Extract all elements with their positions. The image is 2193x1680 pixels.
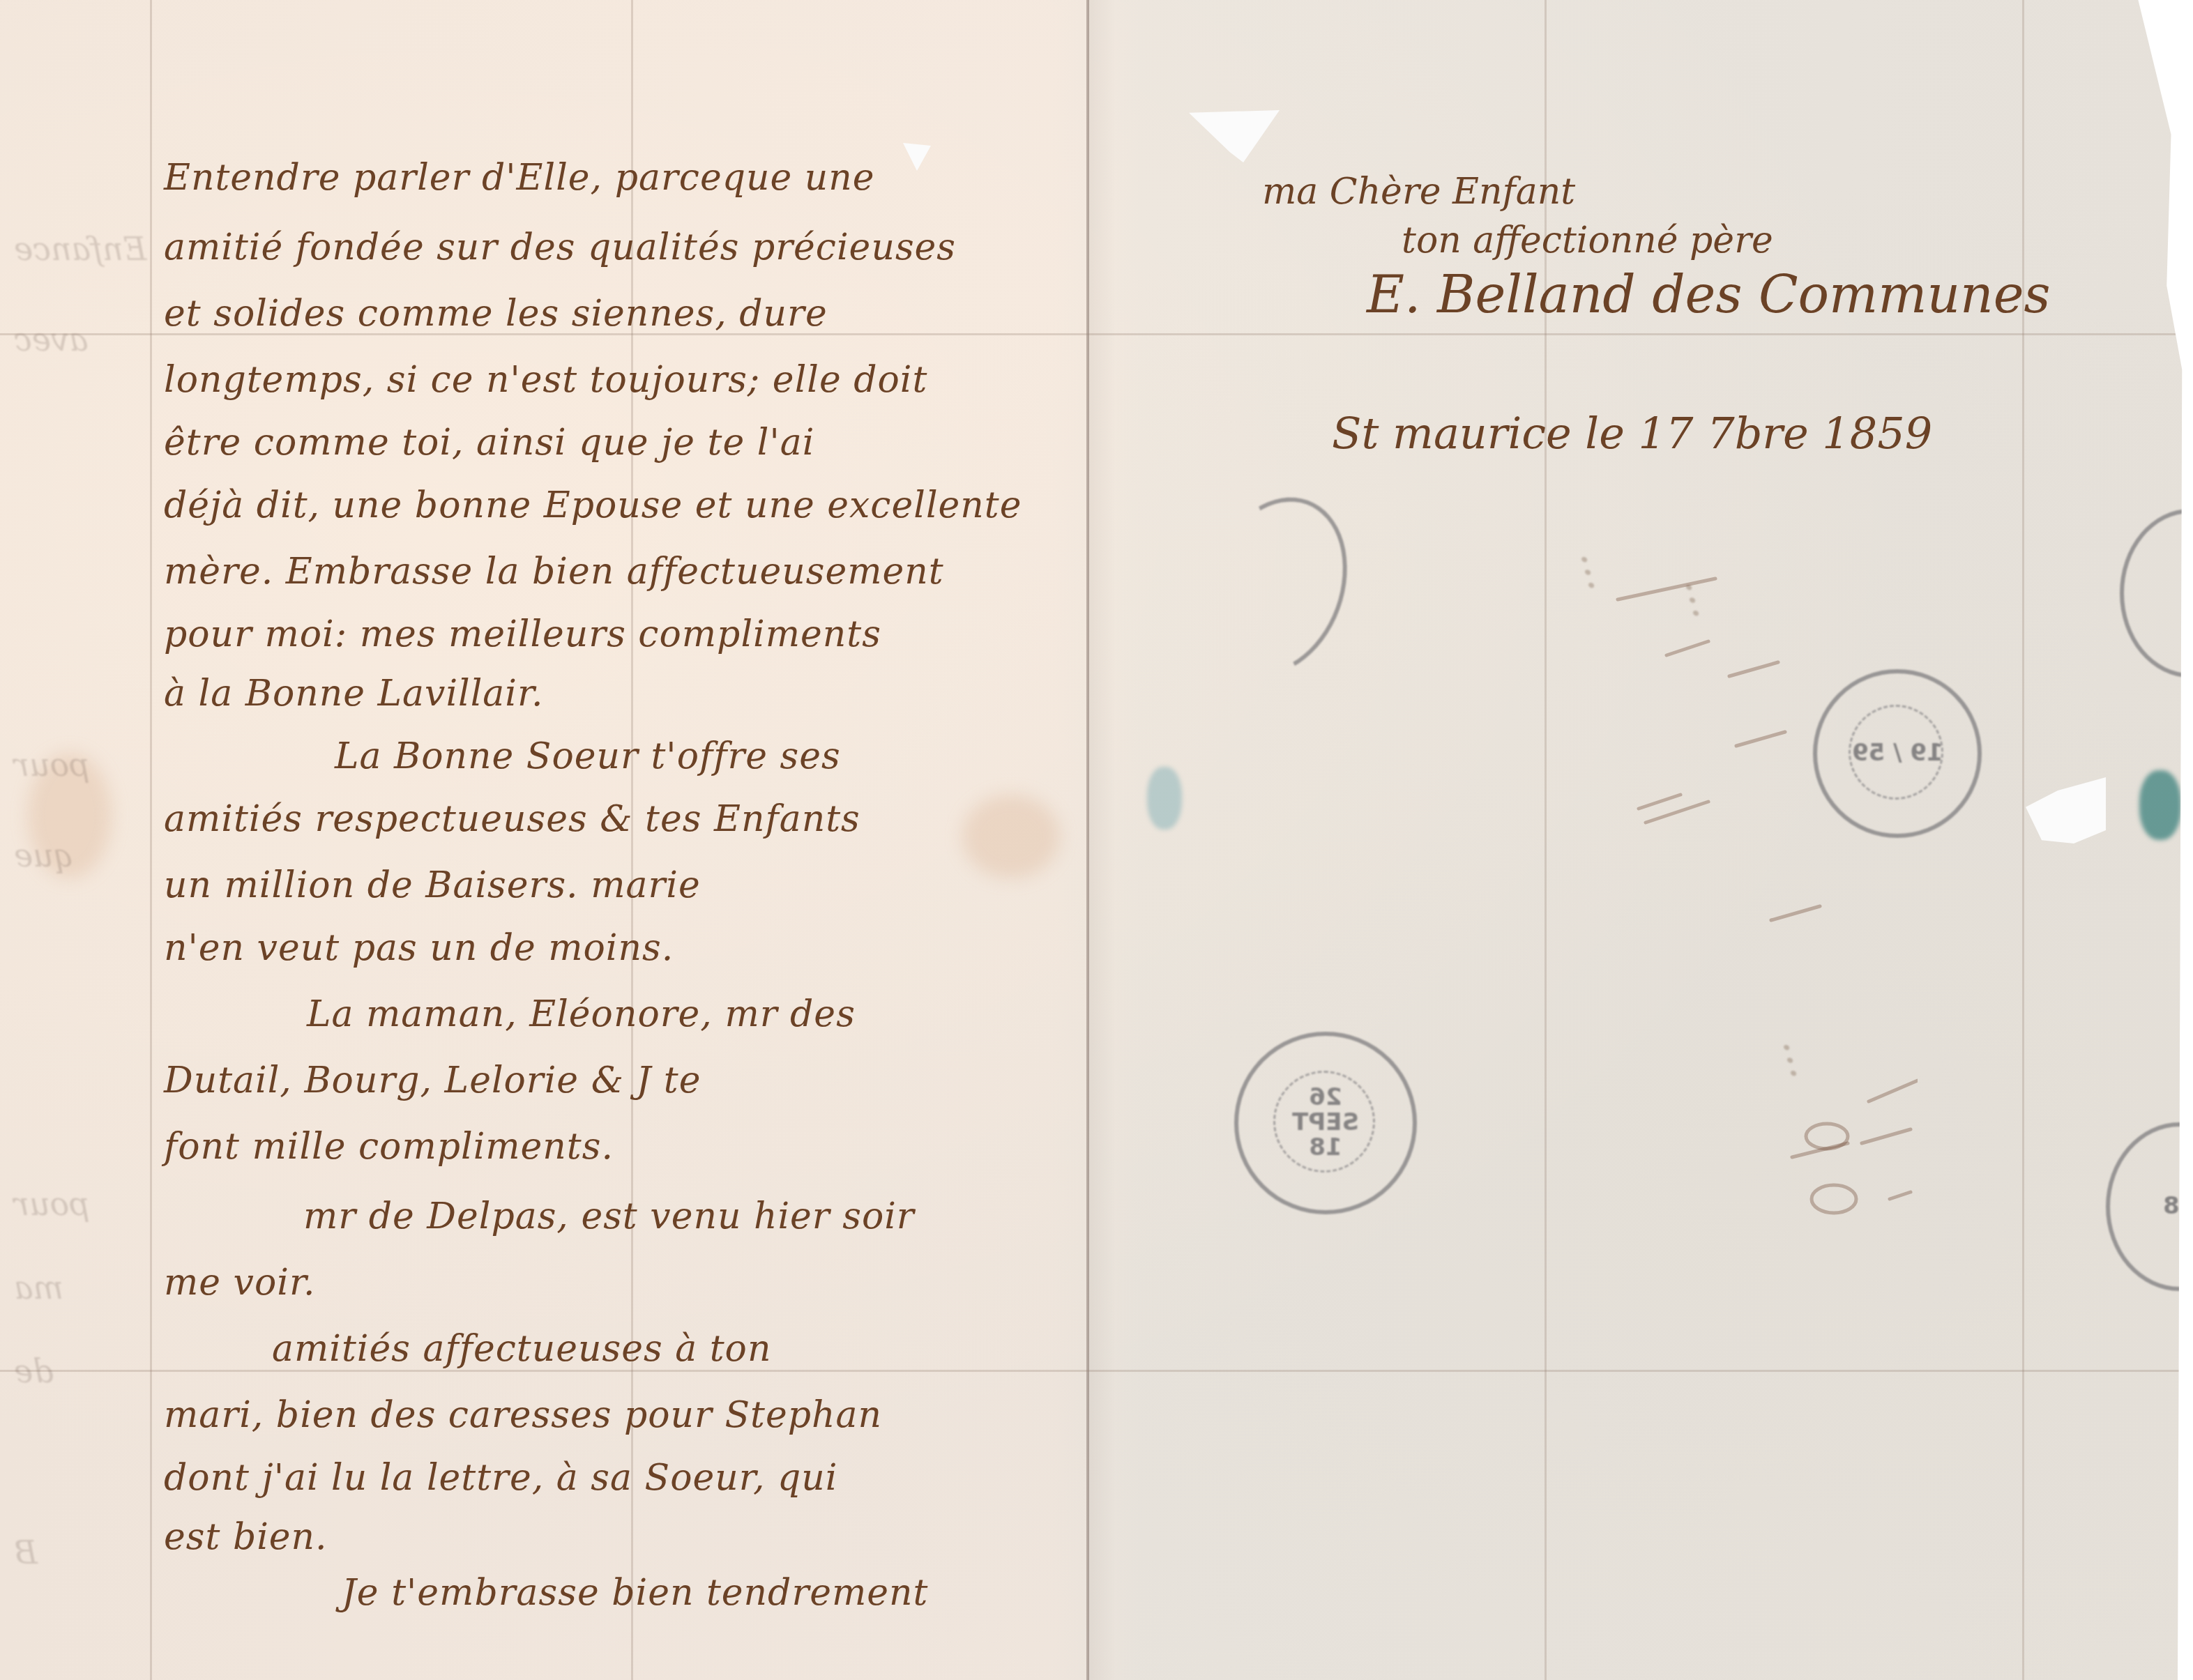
closing-phrase: ton affectionné père <box>1402 220 1773 261</box>
postmark-partial <box>1183 478 1371 695</box>
letter-line: La Bonne Soeur t'offre ses <box>335 735 841 777</box>
postmark: 19 / 59 <box>1813 669 1982 838</box>
postmark-partial <box>2120 509 2193 678</box>
letter-line: mère. Embrasse la bien affectueusement <box>164 551 944 593</box>
crease-shadow <box>1088 0 1116 1680</box>
paper-hole <box>1189 110 1280 162</box>
letter-line: Entendre parler d'Elle, parceque une <box>164 157 875 199</box>
letter-line: n'en veut pas un de moins. <box>164 927 674 969</box>
place-date: St maurice le 17 7bre 1859 <box>1332 408 1932 459</box>
bleedthrough-text: Enfance <box>14 230 146 268</box>
letter-line: Je t'embrasse bien tendrement <box>342 1572 929 1614</box>
letter-line: à la Bonne Lavillair. <box>164 673 544 715</box>
paper-hole <box>903 143 931 171</box>
letter-line: être comme toi, ainsi que je te l'ai <box>164 422 814 464</box>
letter-line: déjà dit, une bonne Epouse et une excell… <box>164 484 1022 526</box>
address-bleedthrough-strokes <box>1597 530 1918 1269</box>
bleedthrough-text: pour <box>14 746 90 784</box>
fold-line <box>2022 0 2024 1680</box>
bleedthrough-text: B <box>14 1534 38 1571</box>
fold-line <box>150 0 152 1680</box>
fold-line <box>0 1370 2193 1372</box>
wax-seal-residue <box>2139 770 2181 840</box>
postmark-partial: 18 <box>2106 1122 2193 1291</box>
letter-line: amitiés affectueuses à ton <box>272 1328 771 1370</box>
closing-salutation: ma Chère Enfant <box>1262 171 1575 213</box>
bleedthrough-text: ma <box>14 1269 63 1306</box>
letter-line: pour moi: mes meilleurs compliments <box>164 613 881 655</box>
letter-line: mr de Delpas, est venu hier soir <box>303 1196 915 1237</box>
bleedthrough-text: pour <box>14 1185 90 1223</box>
letter-line: mari, bien des caresses pour Stephan <box>164 1394 882 1436</box>
letter-line: me voir. <box>164 1262 316 1304</box>
letter-line: Dutail, Bourg, Lelorie & J te <box>164 1060 701 1101</box>
letter-line: amitiés respectueuses & tes Enfants <box>164 798 860 840</box>
letter-line: un million de Baisers. marie <box>164 864 701 906</box>
letter-line: dont j'ai lu la lettre, à sa Soeur, qui <box>164 1457 837 1499</box>
bleedthrough-text: avec <box>14 321 88 358</box>
bleedthrough-text: de <box>14 1352 54 1390</box>
letter-sheet: Enfance avec pour que pour ma de B Enten… <box>0 0 2193 1680</box>
letter-line: est bien. <box>164 1516 328 1558</box>
letter-line: longtemps, si ce n'est toujours; elle do… <box>164 359 927 401</box>
postmark: 26 SEPT 18 <box>1234 1032 1417 1214</box>
signature: E. Belland des Communes <box>1367 265 2051 325</box>
paper-tear <box>2026 777 2106 843</box>
bleedthrough-text: que <box>14 837 74 874</box>
letter-line: La maman, Eléonore, mr des <box>307 993 856 1035</box>
paper-stain <box>962 795 1060 878</box>
seal-residue-left <box>1147 767 1182 830</box>
letter-line: font mille compliments. <box>164 1126 614 1168</box>
letter-line: et solides comme les siennes, dure <box>164 293 828 335</box>
letter-line: amitié fondée sur des qualités précieuse… <box>164 227 956 268</box>
